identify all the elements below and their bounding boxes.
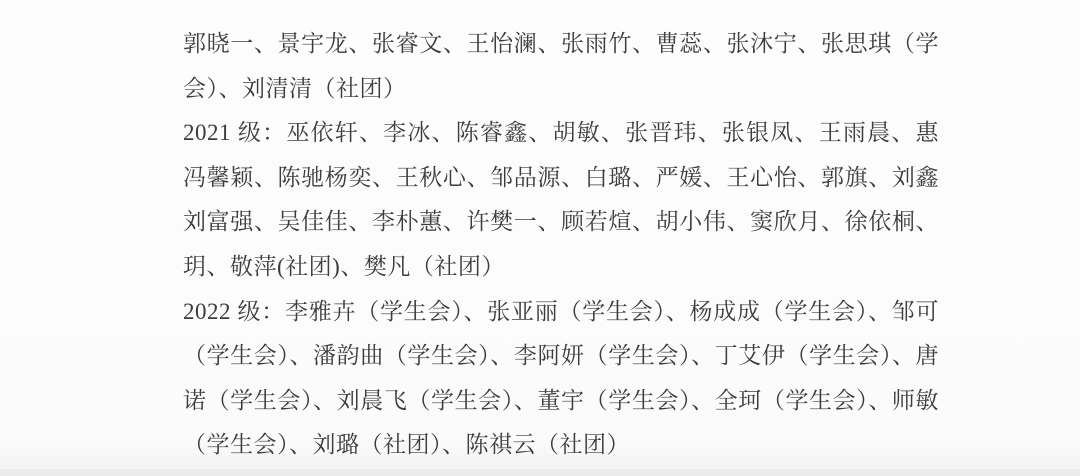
text-line-3: 2021 级：巫依轩、李冰、陈睿鑫、胡敏、张晋玮、张银凤、王雨晨、惠钰欣、 — [183, 111, 939, 156]
text-line-8: （学生会）、潘韵曲（学生会）、李阿妍（学生会）、丁艾伊（学生会）、唐雨 — [183, 334, 939, 379]
name-roster-text-block: 郭晓一、景宇龙、张睿文、王怡澜、张雨竹、曹蕊、张沐宁、张思琪（学生 会）、刘清清… — [183, 22, 939, 468]
text-line-5: 刘富强、吴佳佳、李朴蕙、许樊一、顾若煊、胡小伟、窦欣月、徐依桐、黄 — [183, 200, 939, 245]
text-line-2: 会）、刘清清（社团） — [183, 67, 939, 112]
text-line-4: 冯馨颖、陈驰杨奕、王秋心、邹品源、白璐、严媛、王心怡、郭旗、刘鑫蕊、 — [183, 156, 939, 201]
text-line-6: 玥、敬萍(社团)、樊凡（社团） — [183, 245, 939, 290]
photo-bottom-edge-shadow — [0, 469, 1080, 476]
text-line-1: 郭晓一、景宇龙、张睿文、王怡澜、张雨竹、曹蕊、张沐宁、张思琪（学生 — [183, 22, 939, 67]
document-page: 郭晓一、景宇龙、张睿文、王怡澜、张雨竹、曹蕊、张沐宁、张思琪（学生 会）、刘清清… — [0, 0, 1080, 476]
text-line-10: （学生会）、刘璐（社团）、陈祺云（社团） — [183, 423, 939, 468]
text-line-7: 2022 级：李雅卉（学生会）、张亚丽（学生会）、杨成成（学生会）、邹可仪 — [183, 290, 939, 335]
text-line-9: 诺（学生会）、刘晨飞（学生会）、董宇（学生会）、全珂（学生会）、师敏臻 — [183, 379, 939, 424]
